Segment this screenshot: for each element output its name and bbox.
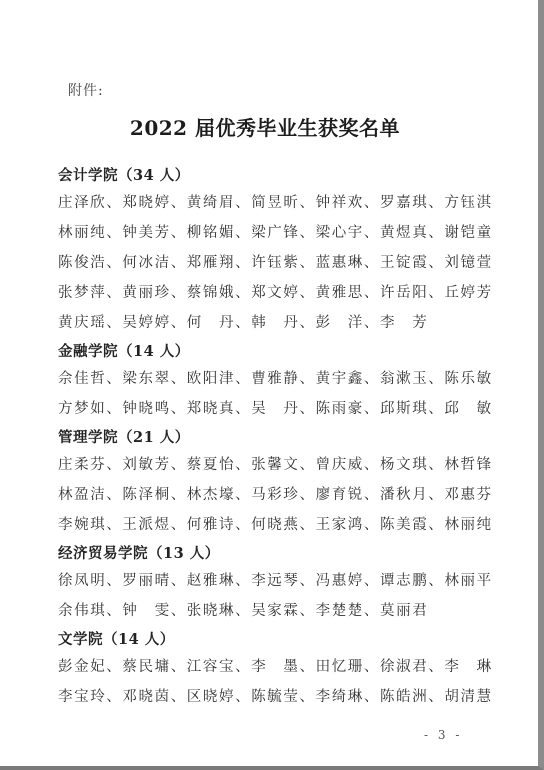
name-line: 方梦如、钟晓鸣、郑晓真、吴 丹、陈雨豪、邱斯琪、邱 敏: [58, 394, 478, 424]
attachment-label: 附件:: [68, 80, 104, 100]
document-title: 2022 届优秀毕业生获奖名单: [0, 112, 530, 141]
section-management: 管理学院（21 人） 庄柔芬、刘敏芳、蔡夏怡、张馨文、曾庆威、杨文琪、林哲锋 林…: [58, 426, 478, 540]
section-finance: 金融学院（14 人） 佘佳哲、梁东翠、欧阳津、曹雅静、黄宇鑫、翁漱玉、陈乐敏 方…: [58, 340, 478, 424]
name-line: 林盈洁、陈泽桐、林杰壕、马彩珍、廖育锐、潘秋月、邓惠芬: [58, 480, 478, 510]
document-page: 附件: 2022 届优秀毕业生获奖名单 会计学院（34 人） 庄泽欣、郑晓婷、黄…: [0, 0, 544, 770]
section-heading: 管理学院（21 人）: [58, 426, 478, 450]
section-economics-trade: 经济贸易学院（13 人） 徐凤明、罗丽晴、赵雅琳、李远琴、冯惠婷、谭志鹏、林丽平…: [58, 542, 478, 626]
section-heading: 经济贸易学院（13 人）: [58, 542, 478, 566]
name-line: 庄泽欣、郑晓婷、黄绮眉、简昱昕、钟祥欢、罗嘉琪、方钰淇: [58, 188, 478, 218]
name-line: 张梦萍、黄丽珍、蔡锦娥、郑文婷、黄雅思、许岳阳、丘婷芳: [58, 278, 478, 308]
name-line: 庄柔芬、刘敏芳、蔡夏怡、张馨文、曾庆威、杨文琪、林哲锋: [58, 450, 478, 480]
name-line: 余伟琪、钟 雯、张晓琳、吴家霖、李楚楚、莫丽君: [58, 596, 478, 626]
name-line: 林丽纯、钟美芳、柳铭媚、梁广锋、梁心宇、黄煜真、谢铠童: [58, 218, 478, 248]
page-number: - 3 -: [424, 728, 462, 742]
name-line: 陈俊浩、何冰洁、郑雁翔、许钰紫、蓝惠琳、王锭霞、刘镱萱: [58, 248, 478, 278]
section-literature: 文学院（14 人） 彭金妃、蔡民墉、江容宝、李 墨、田忆珊、徐淑君、李 琳 李宝…: [58, 628, 478, 712]
section-heading: 金融学院（14 人）: [58, 340, 478, 364]
section-heading: 文学院（14 人）: [58, 628, 478, 652]
name-line: 佘佳哲、梁东翠、欧阳津、曹雅静、黄宇鑫、翁漱玉、陈乐敏: [58, 364, 478, 394]
name-line: 李婉琪、王派煜、何雅诗、何晓燕、王家鸿、陈美霞、林丽纯: [58, 510, 478, 540]
name-line: 徐凤明、罗丽晴、赵雅琳、李远琴、冯惠婷、谭志鹏、林丽平: [58, 566, 478, 596]
section-heading: 会计学院（34 人）: [58, 164, 478, 188]
award-list: 会计学院（34 人） 庄泽欣、郑晓婷、黄绮眉、简昱昕、钟祥欢、罗嘉琪、方钰淇 林…: [58, 162, 478, 712]
name-line: 彭金妃、蔡民墉、江容宝、李 墨、田忆珊、徐淑君、李 琳: [58, 652, 478, 682]
section-accounting: 会计学院（34 人） 庄泽欣、郑晓婷、黄绮眉、简昱昕、钟祥欢、罗嘉琪、方钰淇 林…: [58, 164, 478, 338]
name-line: 李宝玲、邓晓茵、区晓婷、陈毓莹、李绮琳、陈皓洲、胡清慧: [58, 682, 478, 712]
name-line: 黄庆瑶、吴婷婷、何 丹、韩 丹、彭 洋、李 芳: [58, 308, 478, 338]
